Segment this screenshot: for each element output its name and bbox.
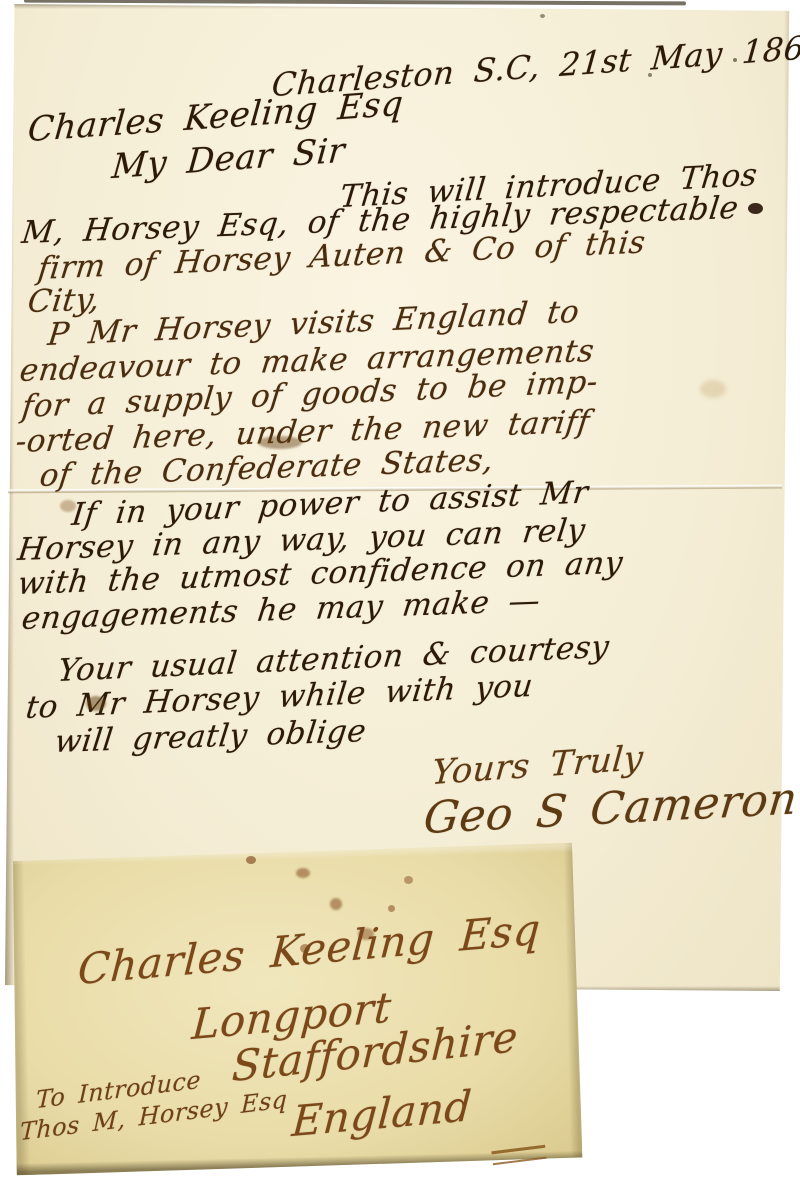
paper-top-edge	[24, 0, 686, 5]
scanned-document-page: Charleston S.C, 21st May 1861. Charles K…	[0, 0, 800, 1181]
